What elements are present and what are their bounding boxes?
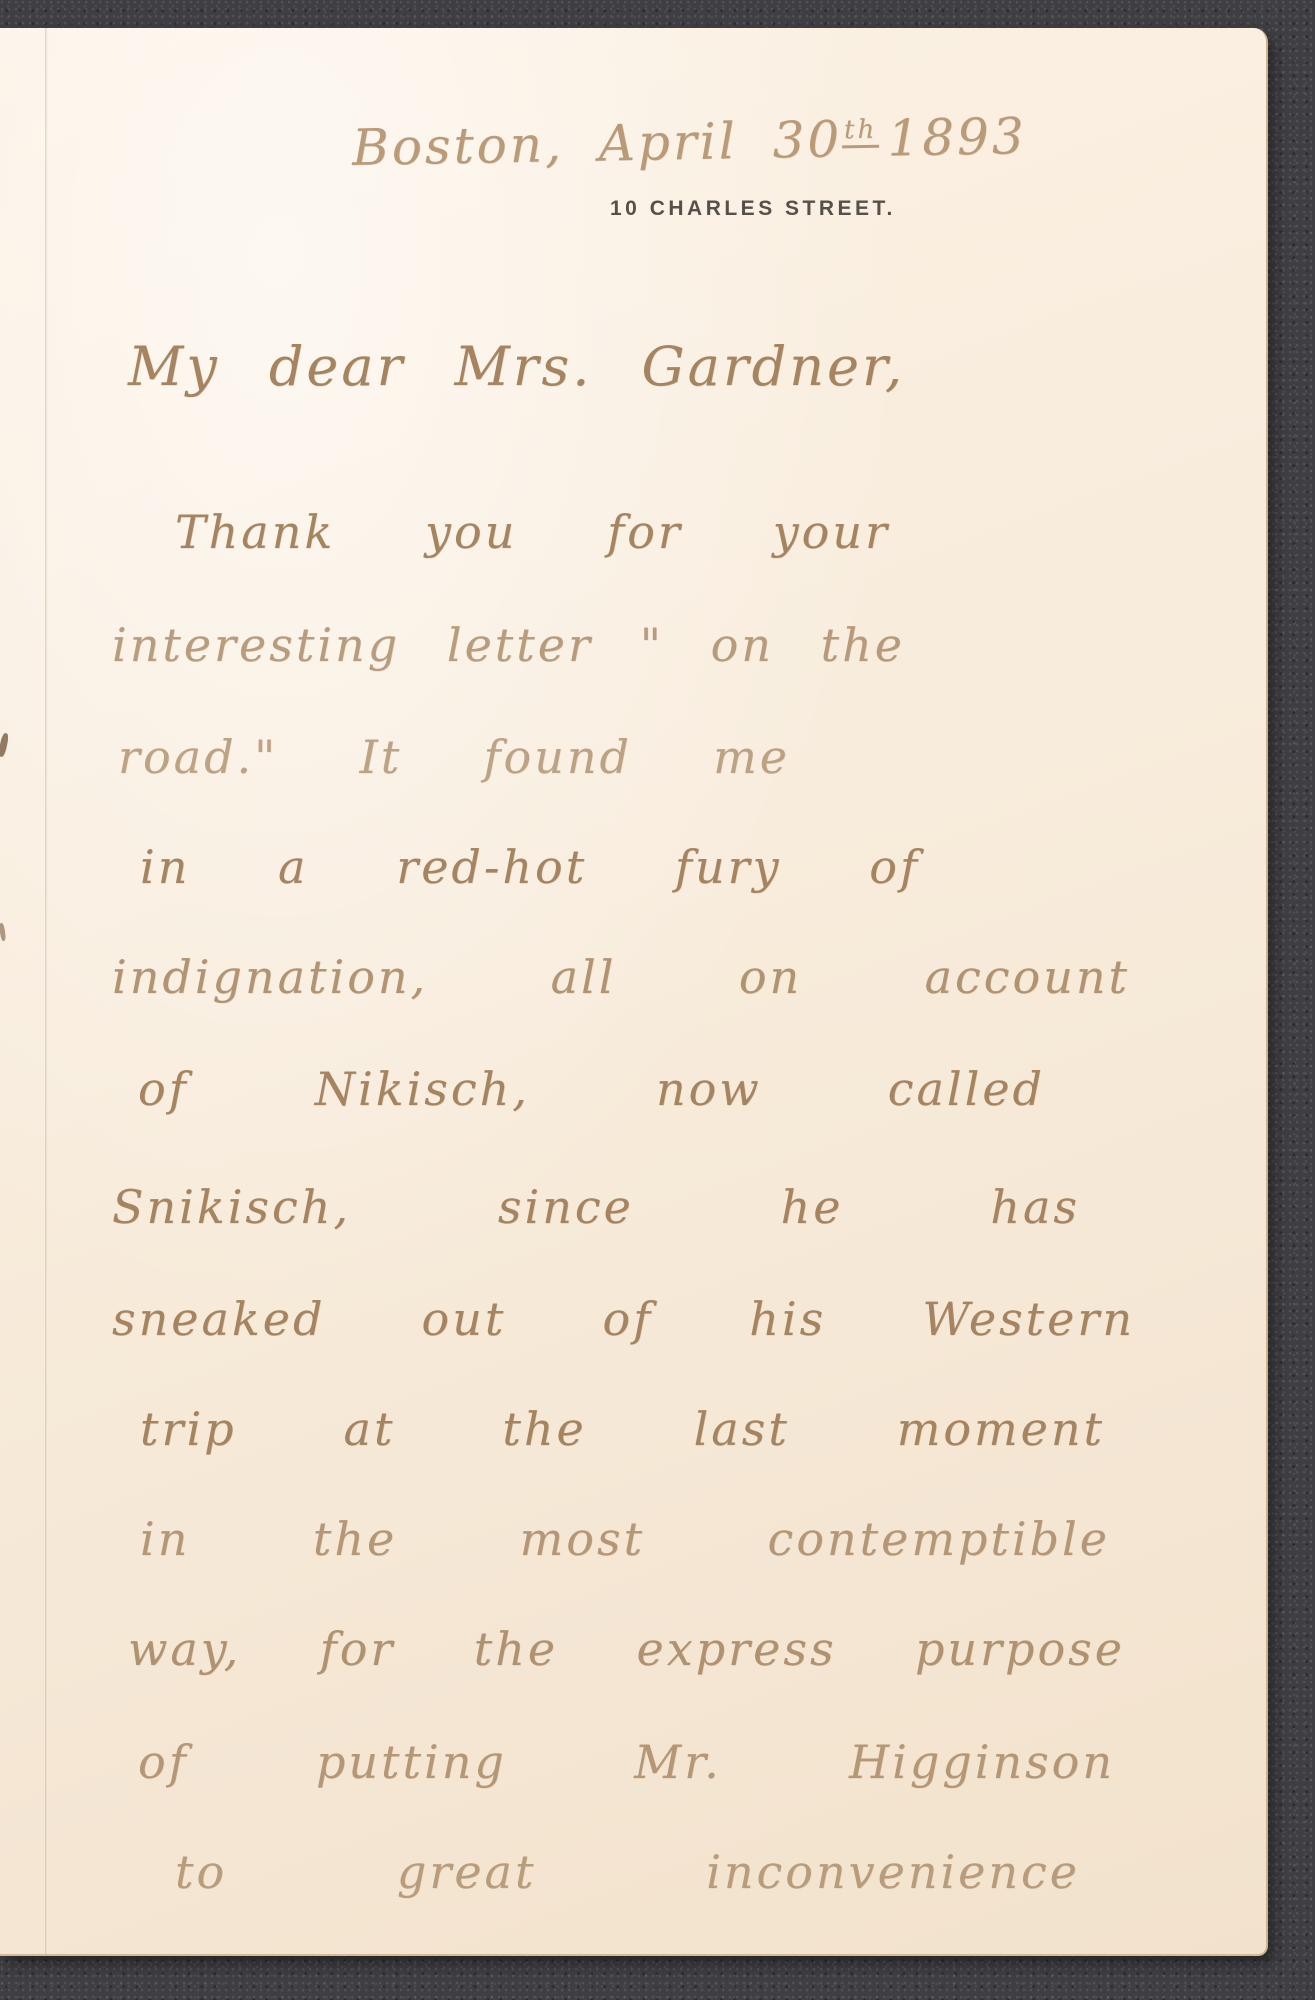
date-year: 1893 [887, 107, 1027, 167]
letter-line: sneaked out of his Western [112, 1292, 1135, 1347]
salutation-line: My dear Mrs. Gardner, [128, 335, 905, 400]
letter-line: of putting Mr. Higginson [138, 1735, 1115, 1790]
date-ordinal: th [842, 115, 880, 149]
printed-letterhead: 10 CHARLES STREET. [610, 197, 896, 221]
letter-line: to great inconvenience [175, 1845, 1080, 1900]
letter-line: road." It found me [118, 730, 790, 785]
date-line: Boston, April 30th1893 [352, 106, 1028, 178]
letter-line: trip at the last moment [140, 1402, 1105, 1457]
fold-crease [45, 28, 48, 1954]
letter-line: in a red-hot fury of [140, 840, 920, 895]
letter-line: of Nikisch, now called [138, 1062, 1045, 1117]
letter-line: Thank you for your [175, 505, 890, 560]
letter-line: way, for the express purpose [128, 1622, 1125, 1677]
letter-line: interesting letter " on the [112, 618, 905, 673]
ink-speck [0, 923, 6, 942]
letter-line: indignation, all on account [112, 950, 1130, 1005]
photo-of-letter: { "photo": { "background_hex": "#3e3e43"… [0, 0, 1315, 2000]
date-place-day: Boston, April 30 [352, 110, 843, 177]
letter-line: Snikisch, since he has [112, 1180, 1080, 1235]
ink-speck [0, 733, 9, 758]
letter-line: in the most contemptible [140, 1512, 1110, 1567]
